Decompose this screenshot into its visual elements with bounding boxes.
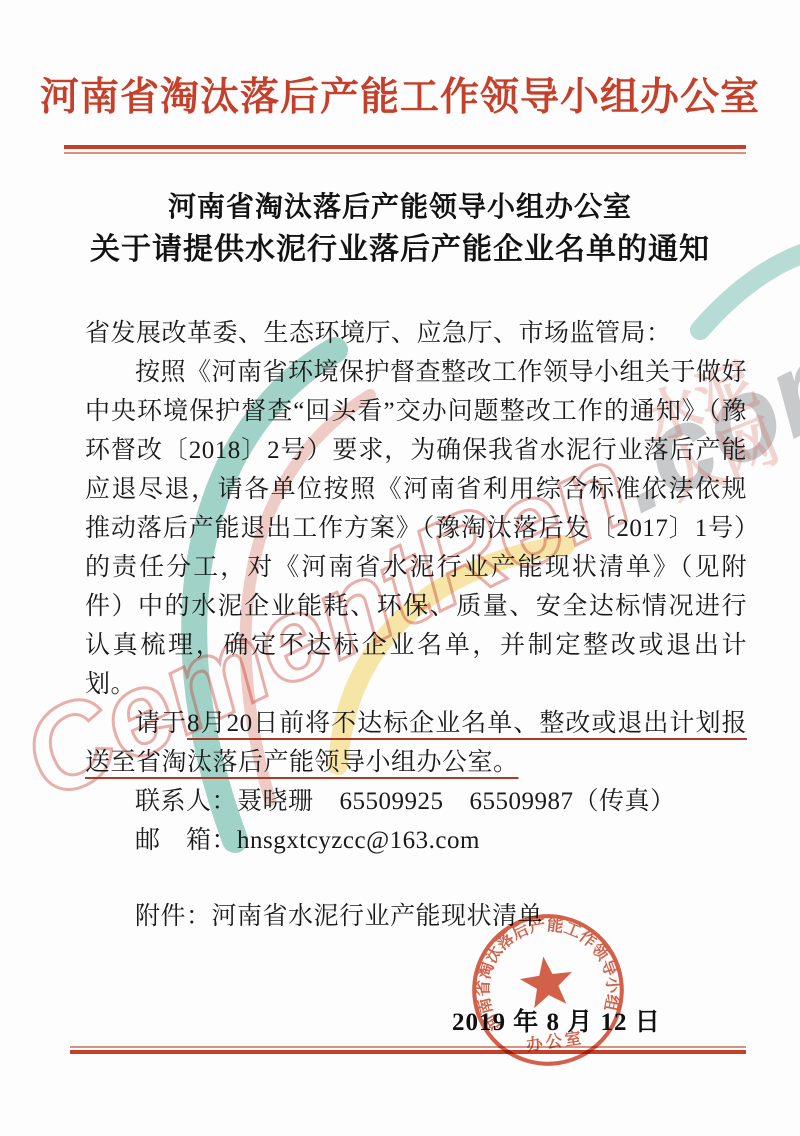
email-label: 邮 箱：: [135, 827, 237, 854]
contact-name: 聂晓珊: [237, 788, 314, 815]
star-icon: [517, 953, 576, 1010]
email-address: hnsgxtcyzcc@163.com: [237, 827, 480, 854]
contact-line: 联系人：聂晓珊6550992565509987（传真）: [85, 782, 747, 821]
paragraph-2: 请于8月20日前将不达标企业名单、整改或退出计划报送至省淘汰落后产能领导小组办公…: [85, 704, 747, 782]
document-title: 河南省淘汰落后产能领导小组办公室 关于请提供水泥行业落后产能企业名单的通知: [0, 188, 800, 272]
attachment-line: 附件：河南省水泥行业产能现状清单: [85, 897, 747, 936]
seal-bottom-text: 办公室: [525, 1028, 585, 1055]
letterhead-divider: [64, 145, 746, 154]
official-seal: 河南省淘汰落后产能工作领导小组 办公室: [453, 895, 643, 1085]
document-title-line2: 关于请提供水泥行业落后产能企业名单的通知: [0, 228, 800, 272]
contact-phone-1: 65509925: [340, 788, 444, 815]
paragraph-2-prefix: 请于: [135, 710, 187, 737]
footer-divider: [70, 1046, 746, 1054]
paragraph-1: 按照《河南省环境保护督查整改工作领导小组关于做好中央环境保护督查“回头看”交办问…: [85, 353, 747, 704]
contact-fax-note: （传真）: [574, 788, 676, 815]
contact-phone-2: 65509987: [470, 788, 574, 815]
letterhead-org-name: 河南省淘汰落后产能工作领导小组办公室: [0, 66, 800, 122]
contact-label: 联系人：: [135, 788, 237, 815]
email-line: 邮 箱：hnsgxtcyzcc@163.com: [85, 821, 747, 860]
document-body: 省发展改革委、生态环境厅、应急厅、市场监管局： 按照《河南省环境保护督查整改工作…: [85, 314, 747, 936]
document-page: CementRen.com 水泥人网 河南省淘汰落后产能工作领导小组办公室 河南…: [0, 0, 800, 1136]
salutation: 省发展改革委、生态环境厅、应急厅、市场监管局：: [85, 314, 747, 353]
document-title-line1: 河南省淘汰落后产能领导小组办公室: [0, 188, 800, 228]
